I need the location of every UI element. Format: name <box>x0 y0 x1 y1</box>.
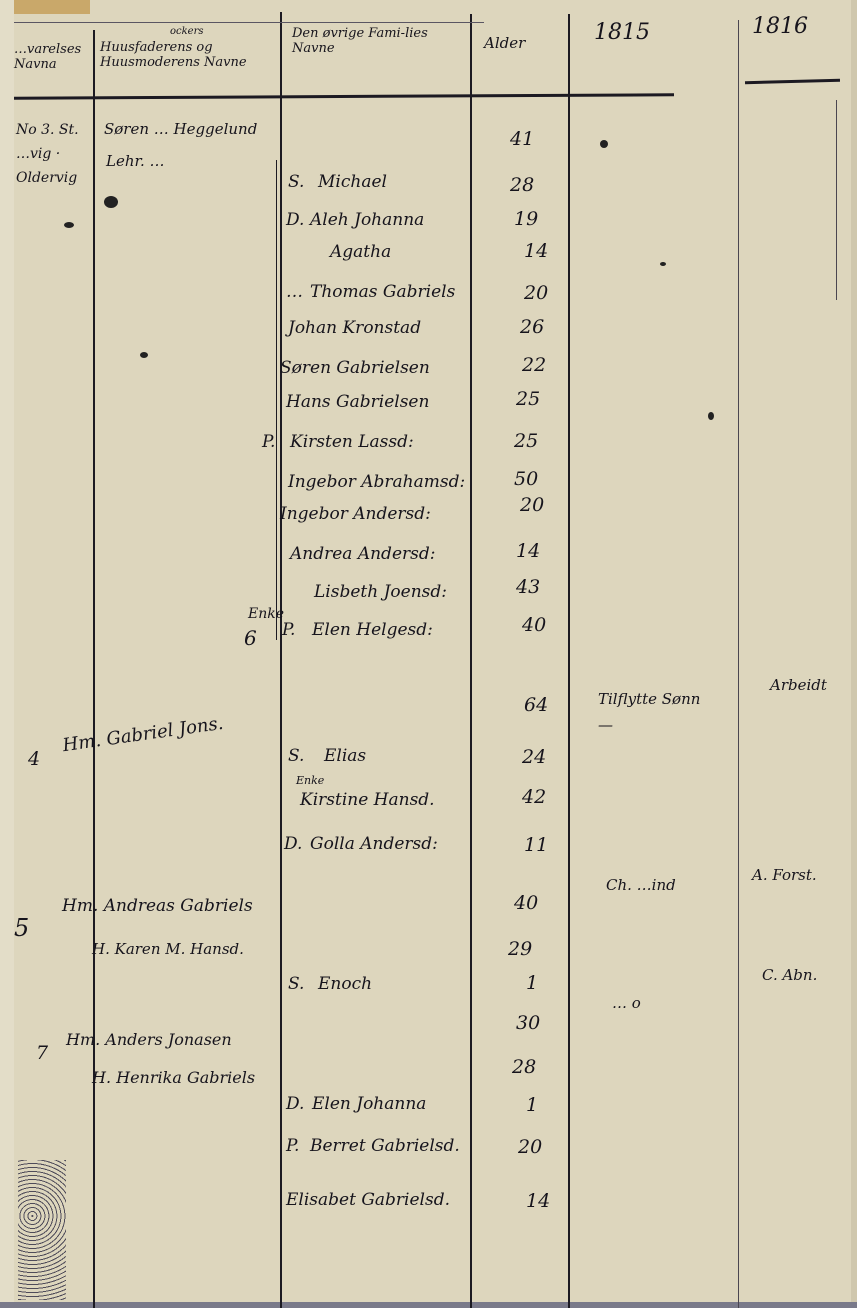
member-name: Johan Kronstad <box>288 318 421 338</box>
household-1-head-1: Søren … Heggelund <box>104 120 257 138</box>
household-4-head: Hm. Gabriel Jons. <box>61 713 224 756</box>
member-prefix: D. <box>286 1094 304 1114</box>
household-5-number: 5 <box>14 914 29 942</box>
age-value: 40 <box>514 892 538 914</box>
member-note: Enke <box>248 606 284 622</box>
column-rule-4 <box>568 14 570 1308</box>
age-value: 1 <box>526 972 538 994</box>
ink-stain <box>18 1160 66 1300</box>
header-age: Alder <box>484 36 525 51</box>
paper-edge-bottom <box>0 1302 857 1308</box>
member-prefix: P. <box>286 1136 299 1156</box>
age-value: 41 <box>510 128 534 150</box>
household-7-number: 7 <box>36 1042 48 1064</box>
age-value: 29 <box>508 938 532 960</box>
ink-speck <box>140 352 148 358</box>
age-value: 25 <box>516 388 540 410</box>
age-value: 14 <box>516 540 540 562</box>
column-rule-3 <box>470 14 472 1308</box>
household-7-head-1: Hm. Anders Jonasen <box>66 1030 232 1049</box>
age-value: 28 <box>510 174 534 196</box>
header-family: Den øvrige Fami-lies Navne <box>292 26 468 56</box>
member-note: 6 <box>244 626 257 650</box>
column-rule-5 <box>738 20 739 1308</box>
ink-speck <box>708 412 714 420</box>
household-4-number: 4 <box>28 748 40 770</box>
age-value: 28 <box>512 1056 536 1078</box>
member-prefix: S. <box>288 974 304 994</box>
age-value: 22 <box>522 354 546 376</box>
age-value: 42 <box>522 786 546 808</box>
member-prefix: Enke <box>296 774 324 787</box>
household-5-1816-note: A. Forst. <box>752 866 817 884</box>
age-value: 20 <box>524 282 548 304</box>
ink-speck <box>660 262 666 266</box>
age-value: 14 <box>526 1190 550 1212</box>
paper-edge-right <box>851 0 857 1308</box>
age-value: 1 <box>526 1094 538 1116</box>
column-rule-1 <box>93 30 95 1308</box>
age-value: 20 <box>520 494 544 516</box>
header-superscript: ockers <box>170 24 204 39</box>
paper-edge-left <box>0 0 14 1308</box>
member-prefix: S. <box>288 746 304 766</box>
member-name: Søren Gabrielsen <box>280 358 430 378</box>
member-name: Golla Andersd: <box>310 834 438 854</box>
household-7-1816-note: C. Abn. <box>762 966 817 984</box>
ink-speck <box>64 222 74 228</box>
member-name: Elisabet Gabrielsd. <box>286 1190 450 1210</box>
ink-speck <box>600 140 608 148</box>
header-rule-1816 <box>745 79 840 84</box>
age-value: 11 <box>524 834 548 856</box>
age-value: 25 <box>514 430 538 452</box>
age-value: 30 <box>516 1012 540 1034</box>
age-value: 14 <box>524 240 548 262</box>
header-head-of-household: Huusfaderens og Huusmoderens Navne <box>100 40 278 70</box>
member-name: Hans Gabrielsen <box>286 392 429 412</box>
member-name: Agatha <box>330 242 391 262</box>
age-value: 50 <box>514 468 538 490</box>
column-rule-6 <box>836 100 837 300</box>
household-7-head-2: H. Henrika Gabriels <box>92 1068 255 1087</box>
member-name: Kirsten Lassd: <box>290 432 414 452</box>
household-4-1815-note: Tilflytte Sønn — <box>598 686 708 738</box>
member-name: Aleh Johanna <box>310 210 424 230</box>
member-name: Elen Helgesd: <box>312 620 433 640</box>
member-name: Thomas Gabriels <box>310 282 455 302</box>
member-name: Elias <box>324 746 366 766</box>
age-value: 19 <box>514 208 538 230</box>
age-value: 24 <box>522 746 546 768</box>
household-1-head-2: Lehr. … <box>106 152 165 170</box>
member-prefix: P. <box>262 432 275 452</box>
household-5-head-2: H. Karen M. Hansd. <box>92 940 244 958</box>
age-value: 40 <box>522 614 546 636</box>
member-name: Ingebor Andersd: <box>280 504 431 524</box>
age-value: 43 <box>516 576 540 598</box>
member-name: Elen Johanna <box>312 1094 426 1114</box>
member-name: Lisbeth Joensd: <box>314 582 447 602</box>
household-4-1816-note: Arbeidt <box>770 676 827 694</box>
document-page: …varelses Navna ockers Huusfaderens og H… <box>0 0 857 1308</box>
header-place: …varelses Navna <box>14 42 90 72</box>
column-rule-2 <box>280 12 282 1308</box>
member-name: Enoch <box>318 974 372 994</box>
ink-blot <box>104 196 118 208</box>
top-rule <box>14 22 484 23</box>
member-name: Ingebor Abrahamsd: <box>288 472 465 492</box>
member-prefix: P. <box>282 620 295 640</box>
age-value: 64 <box>524 694 548 716</box>
household-5-1815-note: Ch. …ind <box>606 876 676 894</box>
header-1815: 1815 <box>594 20 650 45</box>
age-value: 20 <box>518 1136 542 1158</box>
member-name: Kirstine Hansd. <box>300 790 435 810</box>
household-7-1815-note: … o <box>612 994 641 1012</box>
member-prefix: D. <box>284 834 302 854</box>
header-rule <box>14 93 674 99</box>
member-prefix: S. <box>288 172 304 192</box>
household-1-place: No 3. St. …vig · Oldervig <box>16 118 94 190</box>
member-prefix: … <box>286 282 303 302</box>
member-name: Michael <box>318 172 387 192</box>
header-1816: 1816 <box>752 14 808 39</box>
family-bracket <box>276 160 277 640</box>
member-prefix: D. <box>286 210 304 230</box>
member-name: Andrea Andersd: <box>290 544 435 564</box>
member-name: Berret Gabrielsd. <box>310 1136 460 1156</box>
age-value: 26 <box>520 316 544 338</box>
household-5-head-1: Hm. Andreas Gabriels <box>62 896 253 916</box>
